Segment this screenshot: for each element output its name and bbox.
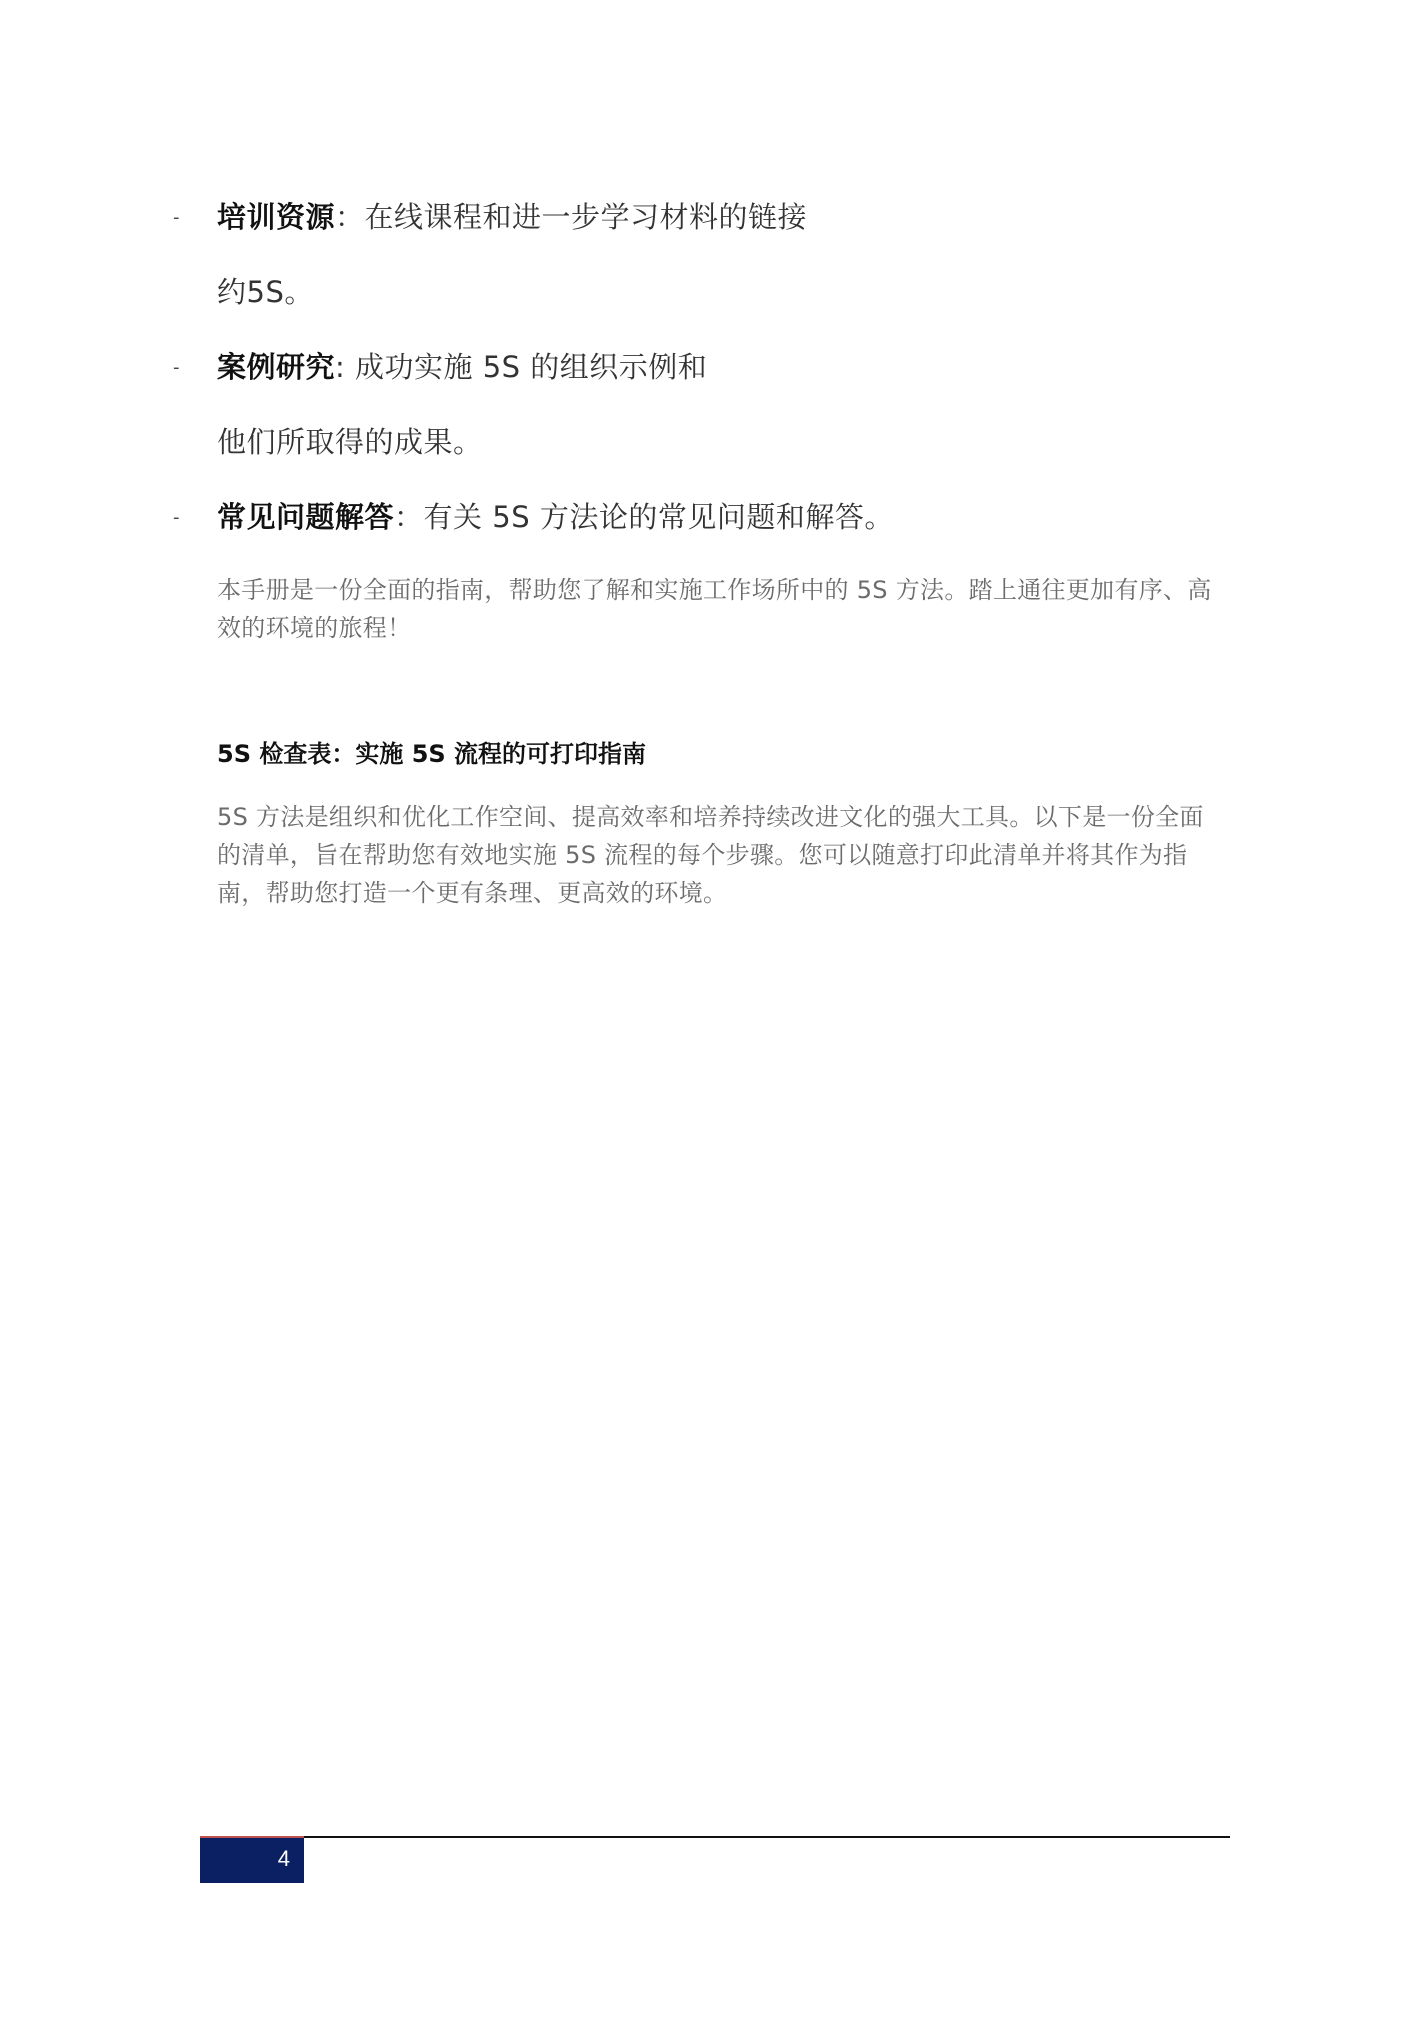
section-paragraph: 5S 方法是组织和优化工作空间、提高效率和培养持续改进文化的强大工具。以下是一份… xyxy=(217,798,1217,912)
page-number: 4 xyxy=(278,1846,290,1872)
bullet-separator: ： xyxy=(394,500,424,534)
bullet-dash: - xyxy=(173,507,180,528)
bullet-dash: - xyxy=(173,357,180,378)
bullet-label: 案例研究 xyxy=(217,350,335,384)
bullet-text: 案例研究: 成功实施 5S 的组织示例和 xyxy=(217,345,707,386)
bullet-text: 常见问题解答：有关 5S 方法论的常见问题和解答。 xyxy=(217,495,894,536)
bullet-separator: ： xyxy=(335,200,365,234)
bullet-dash: - xyxy=(173,207,180,228)
bullet-description: 在线课程和进一步学习材料的链接 xyxy=(365,200,808,234)
bullet-label: 培训资源 xyxy=(217,200,335,234)
bullet-continuation: 约5S。 xyxy=(217,270,314,311)
section-heading: 5S 检查表：实施 5S 流程的可打印指南 xyxy=(217,734,646,769)
footer-rule xyxy=(200,1836,1230,1838)
bullet-label: 常见问题解答 xyxy=(217,500,394,534)
bullet-continuation: 他们所取得的成果。 xyxy=(217,420,483,461)
document-page: - 培训资源：在线课程和进一步学习材料的链接 约5S。 - 案例研究: 成功实施… xyxy=(0,0,1428,2028)
bullet-text: 培训资源：在线课程和进一步学习材料的链接 xyxy=(217,195,807,236)
bullet-separator: : xyxy=(335,350,355,384)
page-number-box: 4 xyxy=(200,1836,304,1883)
intro-paragraph: 本手册是一份全面的指南，帮助您了解和实施工作场所中的 5S 方法。踏上通往更加有… xyxy=(217,571,1217,647)
bullet-description: 有关 5S 方法论的常见问题和解答。 xyxy=(424,500,894,534)
bullet-description: 成功实施 5S 的组织示例和 xyxy=(355,350,707,384)
